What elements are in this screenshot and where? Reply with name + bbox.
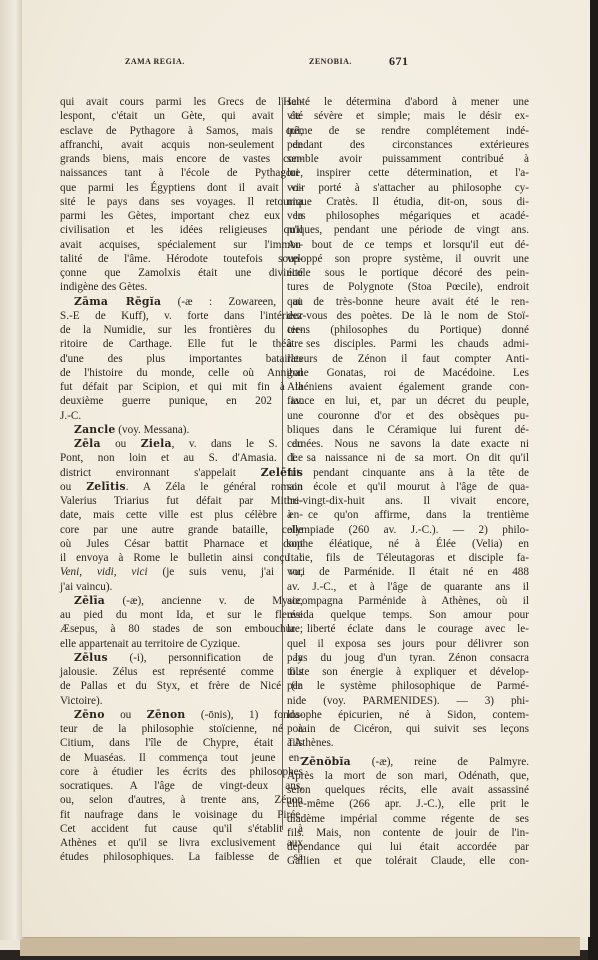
entry-zela: Zēla ou Ziela, v. dans le S. du [60, 437, 303, 451]
text-line: avait acquises, spécialement sur l'immor… [60, 238, 303, 252]
text-line: semble avoir puissamment contribué à [287, 152, 529, 166]
text-line: tre-vingt-dix-huit ans. Il vivait encore… [287, 494, 529, 508]
text-line: av. J.-C., et à l'âge de quarante ans il [287, 580, 529, 594]
left-column: qui avait cours parmi les Grecs de l'Hel… [60, 95, 303, 865]
text-line: civilisation et les idées religieuses qu… [60, 223, 303, 237]
headword: Zēlus [74, 651, 108, 664]
page-bottom-edge [20, 937, 580, 956]
headword: Zāma Rēgĭa [74, 295, 161, 308]
entry-zenobia: Zēnŏbĭa (-æ), reine de Palmyre. [287, 755, 529, 769]
text-line: indigène des Gètes. [60, 280, 303, 294]
text-line: district environnant s'appelait Zelētis [60, 466, 303, 480]
text-line: dez-vous des poètes. De là le nom de Sto… [287, 309, 529, 323]
text-line: çonne que Zamolxis était une divinité [60, 266, 303, 280]
text-line: lespont, c'était un Gète, qui avait été [60, 109, 303, 123]
text-line: de Muaséas. Il commença tout jeune en- [60, 751, 303, 765]
text-line: il envoya à Rome le bulletin ainsi conçu… [60, 551, 303, 565]
text-line: vers philosophes mégariques et acadé- [287, 209, 529, 223]
text-line: sité le pays dans ses voyages. Il retour… [60, 195, 303, 209]
text-line: parmi les Gètes, important chez eux la [60, 209, 303, 223]
right-column: santé le détermina d'abord à mener une v… [287, 95, 529, 869]
headword: Zēlīa [74, 594, 105, 607]
text-line: fit naufrage dans le voisinage du Pirée. [60, 808, 303, 822]
text-line: elle appartenait au territoire de Cyziqu… [60, 637, 303, 651]
text-line: de la Numidie, sur les frontières du ter… [60, 323, 303, 337]
running-head-right: ZENOBIA. [309, 57, 352, 66]
text-line: qui de très-bonne heure avait été le ren… [287, 295, 529, 309]
text-line: Athéniens avaient également grande con- [287, 380, 529, 394]
text-line: d'une des plus importantes batailles [60, 352, 303, 366]
text-line: rateurs de Zénon il faut compter Anti- [287, 352, 529, 366]
text-line: lui inspirer cette détermination, et l'a… [287, 166, 529, 180]
text-line: de Pallas et du Styx, et frère de Nicé (… [60, 679, 303, 693]
text-line: ciens (philosophes du Portique) donné [287, 323, 529, 337]
text-line: Italie, fils de Téleutagoras et disciple… [287, 551, 529, 565]
text-line: deuxième guerre punique, en 202 av. [60, 394, 303, 408]
text-line: pays du joug d'un tyran. Zénon consacra [287, 651, 529, 665]
text-line: voir porté à s'attacher au philosophe cy… [287, 181, 529, 195]
text-line: santé le détermina d'abord à mener une [287, 95, 529, 109]
text-line: fut défait par Scipion, et qui mit fin à… [60, 380, 303, 394]
text-line: vie sévère et simple; mais le désir ex- [287, 109, 529, 123]
text-line: qui avait cours parmi les Grecs de l'Hel… [60, 95, 303, 109]
text-line: Citium, dans l'île de Chypre, était fils [60, 736, 303, 750]
text-line: Cet accident fut cause qu'il s'établit à [60, 822, 303, 836]
text-line: nide (voy. PARMENIDES). — 3) phi- [287, 694, 529, 708]
book-page: ZAMA REGIA. ZENOBIA. 671 qui avait cours… [22, 0, 590, 937]
text-line: per le système philosophique de Parmé- [287, 679, 529, 693]
text-line: école sous le portique décoré des pein- [287, 266, 529, 280]
text-line: j'ai vaincu). [60, 580, 303, 594]
text-line: ou, selon d'autres, à trente ans, Zénon [60, 793, 303, 807]
text-line: sophe éléatique, né à Élée (Velia) en [287, 537, 529, 551]
text-line: bliques dans le Céramique lui furent dé- [287, 423, 529, 437]
text-line: grands biens, mais encore de vastes con- [60, 152, 303, 166]
text-line: à ce qu'on affirme, dans la trentième [287, 508, 529, 522]
headword: Zēnŏbĭa [301, 755, 351, 768]
entry-zancle: Zancle (voy. Messana). [60, 423, 303, 437]
text-line: Gallien et que tolérait Claude, elle con… [287, 854, 529, 868]
text-line: nique Cratès. Il étudia, dit-on, sous di… [287, 195, 529, 209]
text-line: core par une autre grande bataille, cell… [60, 523, 303, 537]
text-line: olympiade (260 av. J.-C.). — 2) philo- [287, 523, 529, 537]
running-head-left: ZAMA REGIA. [125, 57, 185, 66]
text-line: à Athènes. [287, 736, 529, 750]
text-line: Victoire). [60, 694, 303, 708]
text-line: la liberté éclate dans le courage avec l… [287, 622, 529, 636]
text-line: pendant des circonstances extérieures [287, 138, 529, 152]
text-line: core à étudier les écrits des philosophe… [60, 765, 303, 779]
text-line: Après la mort de son mari, Odénath, que, [287, 769, 529, 783]
text-line: gone Gonatas, roi de Macédoine. Les [287, 366, 529, 380]
text-line: Æsepus, à 80 stades de son embouchure; [60, 622, 303, 636]
text-line: elle-même (266 apr. J.-C.), elle prit le [287, 797, 529, 811]
text-line: diadème impérial comme régente de ses [287, 812, 529, 826]
text-line: talité de l'âme. Hérodote toutefois soup… [60, 252, 303, 266]
entry-zelia: Zēlīa (-æ), ancienne v. de Mysie, [60, 594, 303, 608]
text-line: études philosophiques. La faiblesse de s… [60, 850, 303, 864]
facing-page-edge [0, 0, 23, 940]
text-line: que parmi les Égyptiens dont il avait vi… [60, 181, 303, 195]
text-line: une couronne d'or et des obsèques pu- [287, 409, 529, 423]
text-line: trême de se rendre complétement indé- [287, 124, 529, 138]
text-line: de l'histoire du monde, celle où Annibal [60, 366, 303, 380]
headword: Zēno [74, 708, 105, 721]
text-line: toute son énergie à expliquer et dévelop… [287, 665, 529, 679]
text-line: veloppé son propre système, il ouvrit un… [287, 252, 529, 266]
text-line: affranchi, avait acquis non-seulement de [60, 138, 303, 152]
text-line: Athènes et qu'il se livra exclusivement … [60, 836, 303, 850]
entry-zelus: Zēlus (-i), personnification de la [60, 651, 303, 665]
entry-zama-regia: Zāma Rēgĭa (-æ : Zowareen, au [60, 295, 303, 309]
text-line: S.-E de Kuff), v. forte dans l'intérieur [60, 309, 303, 323]
text-line: dépendance qui lui était accordée par [287, 840, 529, 854]
text-line: tures de Polygnote (Stoa Pœcile), endroi… [287, 280, 529, 294]
entry-zeno: Zēno ou Zēnon (-ōnis), 1) fonda- [60, 708, 303, 722]
page-number: 671 [389, 54, 409, 69]
text-line: losophe épicurien, né à Sidon, contem- [287, 708, 529, 722]
text-line: ritoire de Carthage. Elle fut le théâtre [60, 337, 303, 351]
text-line: selon quelques récits, elle avait assass… [287, 783, 529, 797]
headword: Zēla [74, 437, 101, 450]
text-line: Au bout de ce temps et lorsqu'il eut dé- [287, 238, 529, 252]
text-line: cernées. Nous ne savons la date exacte n… [287, 437, 529, 451]
headword: Zancle [74, 423, 115, 436]
running-head: ZAMA REGIA. ZENOBIA. 671 [22, 55, 590, 69]
text-line: au pied du mont Ida, et sur le fleuve [60, 608, 303, 622]
text-line: Valerius Triarius fut défait par Mithri- [60, 494, 303, 508]
text-line: où Jules César battit Pharnace et dont [60, 537, 303, 551]
text-line: jalousie. Zélus est représenté comme fil… [60, 665, 303, 679]
text-line: fiance en lui, et, par un décret du peup… [287, 394, 529, 408]
text-line: à ses disciples. Parmi les chauds admi- [287, 337, 529, 351]
text-line: ou Zelītis. A Zéla le général romain [60, 480, 303, 494]
text-line: teur de la philosophie stoïcienne, né à [60, 722, 303, 736]
text-line: son école et qu'il mourut à l'âge de qua… [287, 480, 529, 494]
text-line: esclave de Pythagore à Samos, mais qui, [60, 124, 303, 138]
text-line: résida quelque temps. Son amour pour [287, 608, 529, 622]
text-line: accompagna Parménide à Athènes, où il [287, 594, 529, 608]
text-line: miques, pendant une période de vingt ans… [287, 223, 529, 237]
text-line: socratiques. A l'âge de vingt-deux ans, [60, 779, 303, 793]
text-line: date, mais cette ville est plus célèbre … [60, 508, 303, 522]
text-line: Pont, non loin et au S. d'Amasia. Le [60, 451, 303, 465]
text-line: naissances tant à l'école de Pythagore, [60, 166, 303, 180]
text-line: fut pendant cinquante ans à la tête de [287, 466, 529, 480]
text-line: vori de Parménide. Il était né en 488 [287, 565, 529, 579]
text-line: de sa naissance ni de sa mort. On dit qu… [287, 451, 529, 465]
text-line: fils. Mais, non contente de jouir de l'i… [287, 826, 529, 840]
text-line: J.-C. [60, 409, 303, 423]
text-line: Veni, vidi, vici (je suis venu, j'ai vu, [60, 565, 303, 579]
text-line: quel il exposa ses jours pour délivrer s… [287, 637, 529, 651]
text-line: porain de Cicéron, qui suivit ses leçons [287, 722, 529, 736]
